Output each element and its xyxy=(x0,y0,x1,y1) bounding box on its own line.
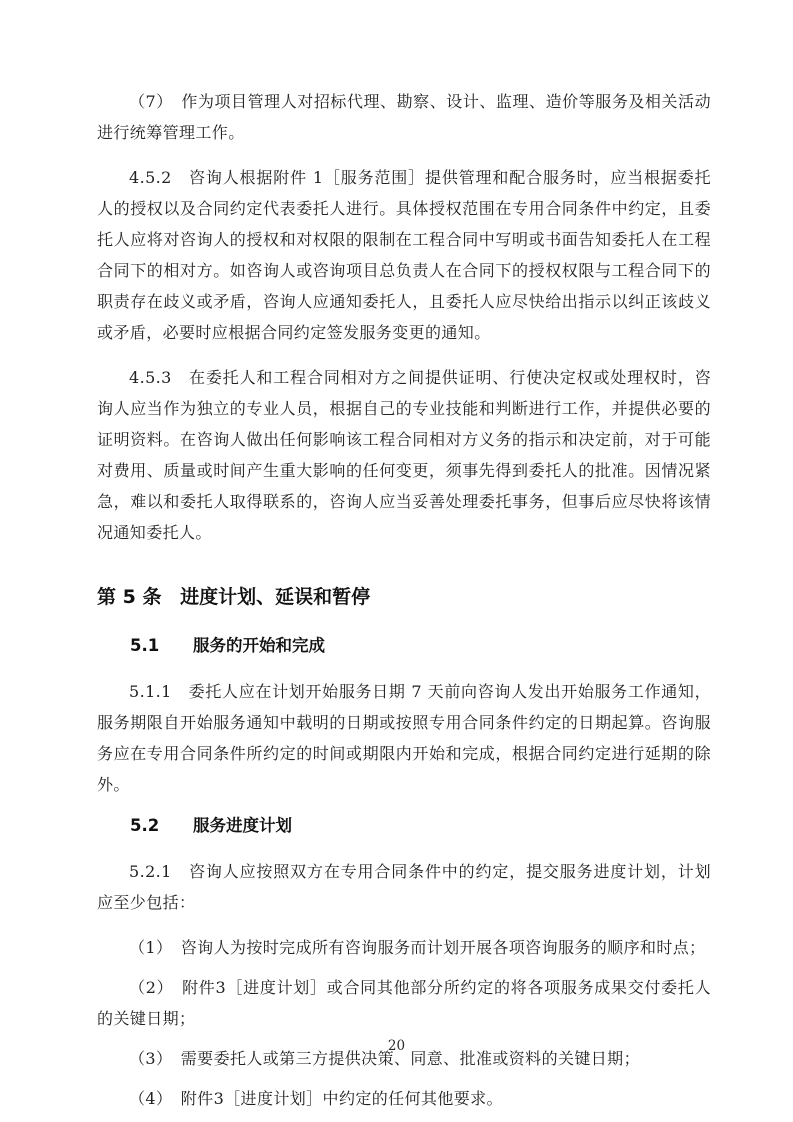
section-5-2-title: 服务进度计划 xyxy=(193,816,292,835)
section-5-1-title: 服务的开始和完成 xyxy=(193,636,325,655)
chapter-5-heading: 第 5 条 进度计划、延误和暂停 xyxy=(97,584,711,610)
section-5-1-heading: 5.1 服务的开始和完成 xyxy=(97,634,711,658)
page-number: 20 xyxy=(0,1038,793,1054)
paragraph-5-2-1: 5.2.1 咨询人应按照双方在专用合同条件中的约定，提交服务进度计划，计划应至少… xyxy=(97,856,711,918)
document-content: （7） 作为项目管理人对招标代理、勘察、设计、监理、造价等服务及相关活动进行统筹… xyxy=(97,86,711,1122)
section-5-2-heading: 5.2 服务进度计划 xyxy=(97,814,711,838)
document-page: （7） 作为项目管理人对招标代理、勘察、设计、监理、造价等服务及相关活动进行统筹… xyxy=(0,0,793,1122)
paragraph-4-5-2: 4.5.2 咨询人根据附件 1［服务范围］提供管理和配合服务时，应当根据委托人的… xyxy=(97,162,711,348)
chapter-5-number: 第 5 条 xyxy=(97,586,161,608)
paragraph-4-5-3: 4.5.3 在委托人和工程合同相对方之间提供证明、行使决定权或处理权时，咨询人应… xyxy=(97,362,711,548)
section-5-1-number: 5.1 xyxy=(130,636,159,655)
paragraph-item-7: （7） 作为项目管理人对招标代理、勘察、设计、监理、造价等服务及相关活动进行统筹… xyxy=(97,86,711,148)
list-item-1: （1） 咨询人为按时完成所有咨询服务而计划开展各项咨询服务的顺序和时点； xyxy=(97,932,711,963)
chapter-5-title: 进度计划、延误和暂停 xyxy=(180,586,370,608)
list-item-4: （4） 附件3［进度计划］中约定的任何其他要求。 xyxy=(97,1083,711,1114)
paragraph-5-1-1: 5.1.1 委托人应在计划开始服务日期 7 天前向咨询人发出开始服务工作通知，服… xyxy=(97,676,711,800)
section-5-2-number: 5.2 xyxy=(130,816,159,835)
list-item-2: （2） 附件3［进度计划］或合同其他部分所约定的将各项服务成果交付委托人的关键日… xyxy=(97,972,711,1034)
